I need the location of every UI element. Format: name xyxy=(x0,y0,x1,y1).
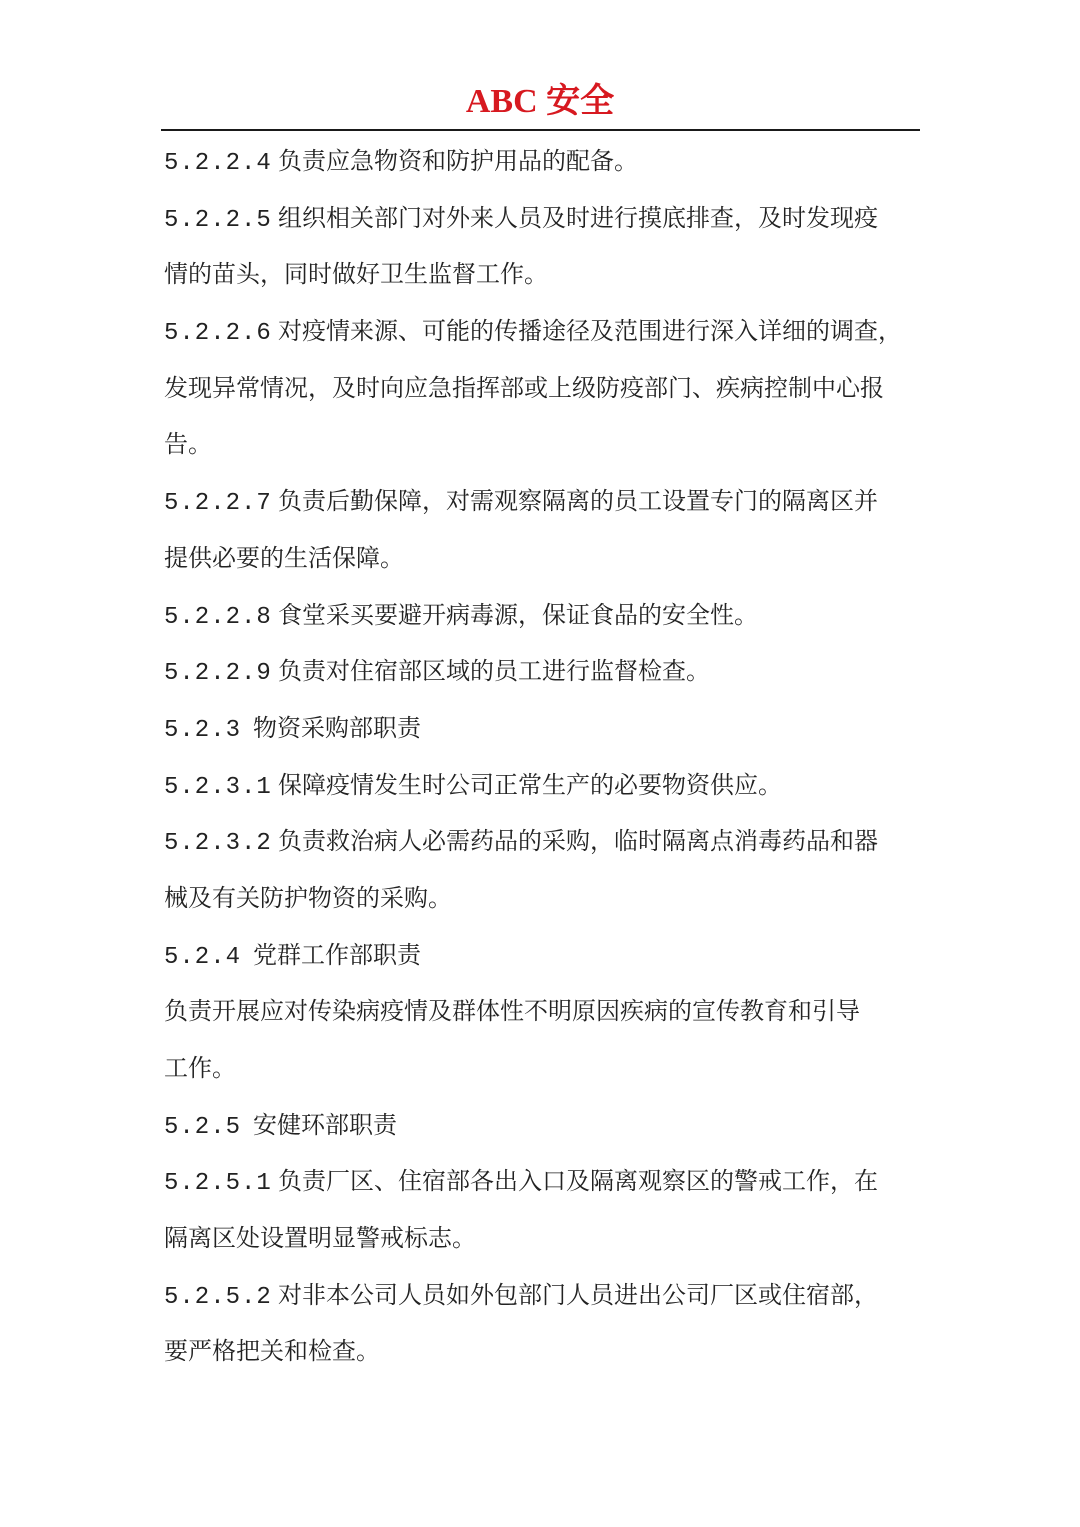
header-title: ABC 安全 xyxy=(0,80,1080,124)
section-heading: 5.2.5安健环部职责 xyxy=(164,1097,920,1154)
section-heading: 5.2.3物资采购部职责 xyxy=(164,700,920,757)
clause-text: 负责后勤保障，对需观察隔离的员工设置专门的隔离区并 xyxy=(278,487,878,515)
clause-text: 工作。 xyxy=(164,1054,236,1082)
clause-line: 械及有关防护物资的采购。 xyxy=(164,870,920,927)
clause-text: 负责救治病人必需药品的采购，临时隔离点消毒药品和器 xyxy=(278,827,878,855)
section-number: 5.2.4 xyxy=(164,930,253,987)
clause-line: 告。 xyxy=(164,416,920,473)
clause-number: 5.2.3.2 xyxy=(164,816,278,873)
document-body: 5.2.2.4负责应急物资和防护用品的配备。 5.2.2.5组织相关部门对外来人… xyxy=(164,133,920,1380)
clause-line: 5.2.3.2负责救治病人必需药品的采购，临时隔离点消毒药品和器 xyxy=(164,813,920,870)
header-divider xyxy=(161,129,920,131)
clause-line: 5.2.2.7负责后勤保障，对需观察隔离的员工设置专门的隔离区并 xyxy=(164,473,920,530)
section-title: 党群工作部职责 xyxy=(253,941,421,969)
clause-text: 情的苗头，同时做好卫生监督工作。 xyxy=(164,260,548,288)
clause-line: 5.2.5.1负责厂区、住宿部各出入口及隔离观察区的警戒工作，在 xyxy=(164,1153,920,1210)
clause-number: 5.2.2.5 xyxy=(164,193,278,250)
section-title: 物资采购部职责 xyxy=(253,714,421,742)
clause-line: 要严格把关和检查。 xyxy=(164,1323,920,1380)
clause-text: 提供必要的生活保障。 xyxy=(164,544,404,572)
clause-text: 对疫情来源、可能的传播途径及范围进行深入详细的调查， xyxy=(278,317,902,345)
clause-line: 5.2.2.4负责应急物资和防护用品的配备。 xyxy=(164,133,920,190)
clause-text: 隔离区处设置明显警戒标志。 xyxy=(164,1224,476,1252)
clause-text: 要严格把关和检查。 xyxy=(164,1337,380,1365)
clause-line: 5.2.2.9负责对住宿部区域的员工进行监督检查。 xyxy=(164,643,920,700)
section-title: 安健环部职责 xyxy=(253,1111,397,1139)
clause-number: 5.2.5.1 xyxy=(164,1156,278,1213)
section-heading: 5.2.4党群工作部职责 xyxy=(164,927,920,984)
clause-text: 食堂采买要避开病毒源，保证食品的安全性。 xyxy=(278,601,758,629)
clause-line: 负责开展应对传染病疫情及群体性不明原因疾病的宣传教育和引导 xyxy=(164,983,920,1040)
clause-number: 5.2.2.7 xyxy=(164,476,278,533)
clause-line: 5.2.2.5组织相关部门对外来人员及时进行摸底排查，及时发现疫 xyxy=(164,190,920,247)
clause-number: 5.2.2.8 xyxy=(164,590,278,647)
section-number: 5.2.5 xyxy=(164,1100,253,1157)
clause-text: 负责开展应对传染病疫情及群体性不明原因疾病的宣传教育和引导 xyxy=(164,997,860,1025)
clause-line: 隔离区处设置明显警戒标志。 xyxy=(164,1210,920,1267)
clause-line: 发现异常情况，及时向应急指挥部或上级防疫部门、疾病控制中心报 xyxy=(164,360,920,417)
clause-number: 5.2.2.6 xyxy=(164,306,278,363)
clause-line: 工作。 xyxy=(164,1040,920,1097)
clause-number: 5.2.3.1 xyxy=(164,760,278,817)
clause-text: 发现异常情况，及时向应急指挥部或上级防疫部门、疾病控制中心报 xyxy=(164,374,884,402)
clause-line: 提供必要的生活保障。 xyxy=(164,530,920,587)
clause-text: 负责对住宿部区域的员工进行监督检查。 xyxy=(278,657,710,685)
clause-line: 5.2.2.6对疫情来源、可能的传播途径及范围进行深入详细的调查， xyxy=(164,303,920,360)
clause-text: 对非本公司人员如外包部门人员进出公司厂区或住宿部， xyxy=(278,1281,878,1309)
clause-line: 情的苗头，同时做好卫生监督工作。 xyxy=(164,246,920,303)
clause-text: 告。 xyxy=(164,430,212,458)
clause-line: 5.2.2.8食堂采买要避开病毒源，保证食品的安全性。 xyxy=(164,587,920,644)
clause-text: 械及有关防护物资的采购。 xyxy=(164,884,452,912)
clause-text: 负责应急物资和防护用品的配备。 xyxy=(278,147,638,175)
document-page: ABC 安全 5.2.2.4负责应急物资和防护用品的配备。 5.2.2.5组织相… xyxy=(0,0,1080,1527)
clause-line: 5.2.3.1保障疫情发生时公司正常生产的必要物资供应。 xyxy=(164,757,920,814)
clause-text: 负责厂区、住宿部各出入口及隔离观察区的警戒工作，在 xyxy=(278,1167,878,1195)
clause-number: 5.2.2.4 xyxy=(164,136,278,193)
clause-number: 5.2.2.9 xyxy=(164,646,278,703)
clause-line: 5.2.5.2对非本公司人员如外包部门人员进出公司厂区或住宿部， xyxy=(164,1267,920,1324)
section-number: 5.2.3 xyxy=(164,703,253,760)
clause-number: 5.2.5.2 xyxy=(164,1270,278,1327)
clause-text: 保障疫情发生时公司正常生产的必要物资供应。 xyxy=(278,771,782,799)
clause-text: 组织相关部门对外来人员及时进行摸底排查，及时发现疫 xyxy=(278,204,878,232)
